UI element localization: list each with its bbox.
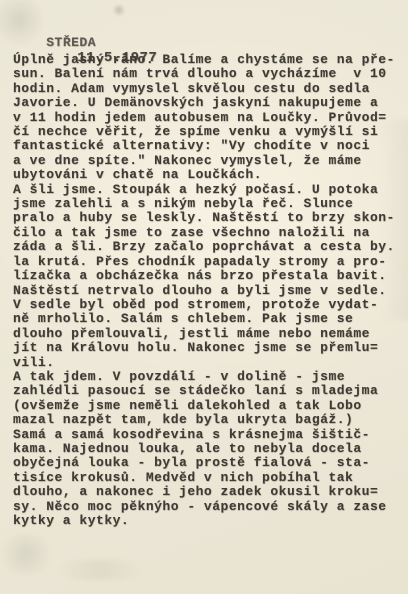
entry-paragraph: A tak jdem. V povzdálí - v dolině - jsme… — [13, 370, 406, 528]
entry-weekday: STŘEDA — [46, 35, 96, 50]
entry-paragraph: Úplně jasný ráno. Balíme a chystáme se n… — [13, 53, 406, 183]
entry-body: Úplně jasný ráno. Balíme a chystáme se n… — [13, 53, 406, 528]
entry-paragraph: A šli jsme. Stoupák a hezký počasí. U po… — [13, 183, 406, 370]
paper-stain — [0, 534, 56, 574]
paper-stain — [112, 4, 126, 16]
paper-stain — [40, 560, 160, 580]
journal-page: STŘEDA 11.5.1977 Úplně jasný ráno. Balím… — [0, 0, 408, 594]
